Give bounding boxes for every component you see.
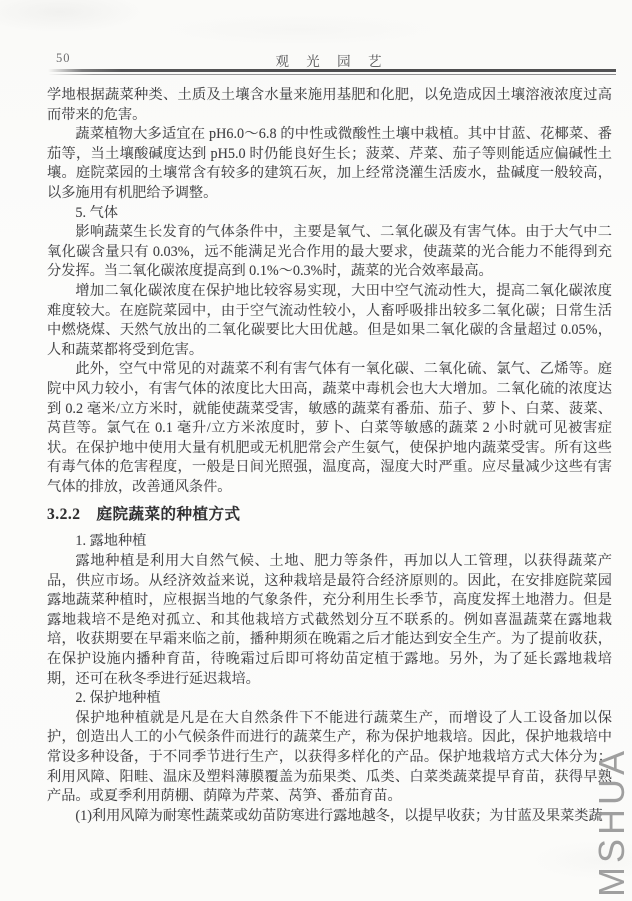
paragraph-open-field-planting: 露地种植是利用大自然气候、土地、肥力等条件，再加以人工管理，以获得蔬菜产品，供应…: [47, 552, 612, 689]
header-rule: [48, 69, 616, 75]
paragraph-co2-concentration: 增加二氧化碳浓度在保护地比较容易实现，大田中空气流动性大，提高二氧化碳浓度难度较…: [47, 282, 612, 360]
numbered-item-protected-field: 2. 保护地种植: [47, 689, 612, 709]
page-header: 50 观 光 园 艺: [48, 50, 616, 68]
running-head-title: 观 光 园 艺: [48, 50, 616, 70]
numbered-item-gas: 5. 气体: [47, 204, 612, 224]
paragraph-gas-conditions: 影响蔬菜生长发育的气体条件中，主要是氧气、二氧化碳及有害气体。由于大气中二氧化碳…: [47, 223, 612, 282]
paragraph-soil-ph: 蔬菜植物大多适宜在 pH6.0～6.8 的中性或微酸性土壤中栽植。其中甘蓝、花椰…: [47, 125, 612, 203]
header-rule-thick-line: [48, 69, 616, 72]
page-body: 学地根据蔬菜种类、土质及土壤含水量来施用基肥和化肥，以免造成因土壤溶液浓度过高而…: [47, 86, 612, 826]
section-heading-3-2-2: 3.2.2 庭院蔬菜的种植方式: [47, 504, 612, 526]
paragraph-harmful-gases: 此外，空气中常见的对蔬菜不利有害气体有一氧化碳、二氧化硫、氯气、乙烯等。庭院中风…: [47, 360, 612, 497]
paragraph-windbreak: (1)利用风障为耐寒性蔬菜或幼苗防寒进行露地越冬，以提早收获；为甘蓝及果菜类蔬: [47, 807, 612, 827]
header-rule-thin-line: [48, 74, 616, 75]
watermark-text: MSHUA: [594, 747, 630, 897]
paragraph-protected-planting: 保护地种植就是凡是在大自然条件下不能进行蔬菜生产，而增设了人工设备加以保护，创造…: [47, 709, 612, 807]
numbered-item-open-field: 1. 露地种植: [47, 532, 612, 552]
scanned-book-page: 50 观 光 园 艺 学地根据蔬菜种类、土质及土壤含水量来施用基肥和化肥，以免造…: [0, 0, 632, 901]
paragraph-soil-fertilizer: 学地根据蔬菜种类、土质及土壤含水量来施用基肥和化肥，以免造成因土壤溶液浓度过高而…: [47, 86, 612, 125]
